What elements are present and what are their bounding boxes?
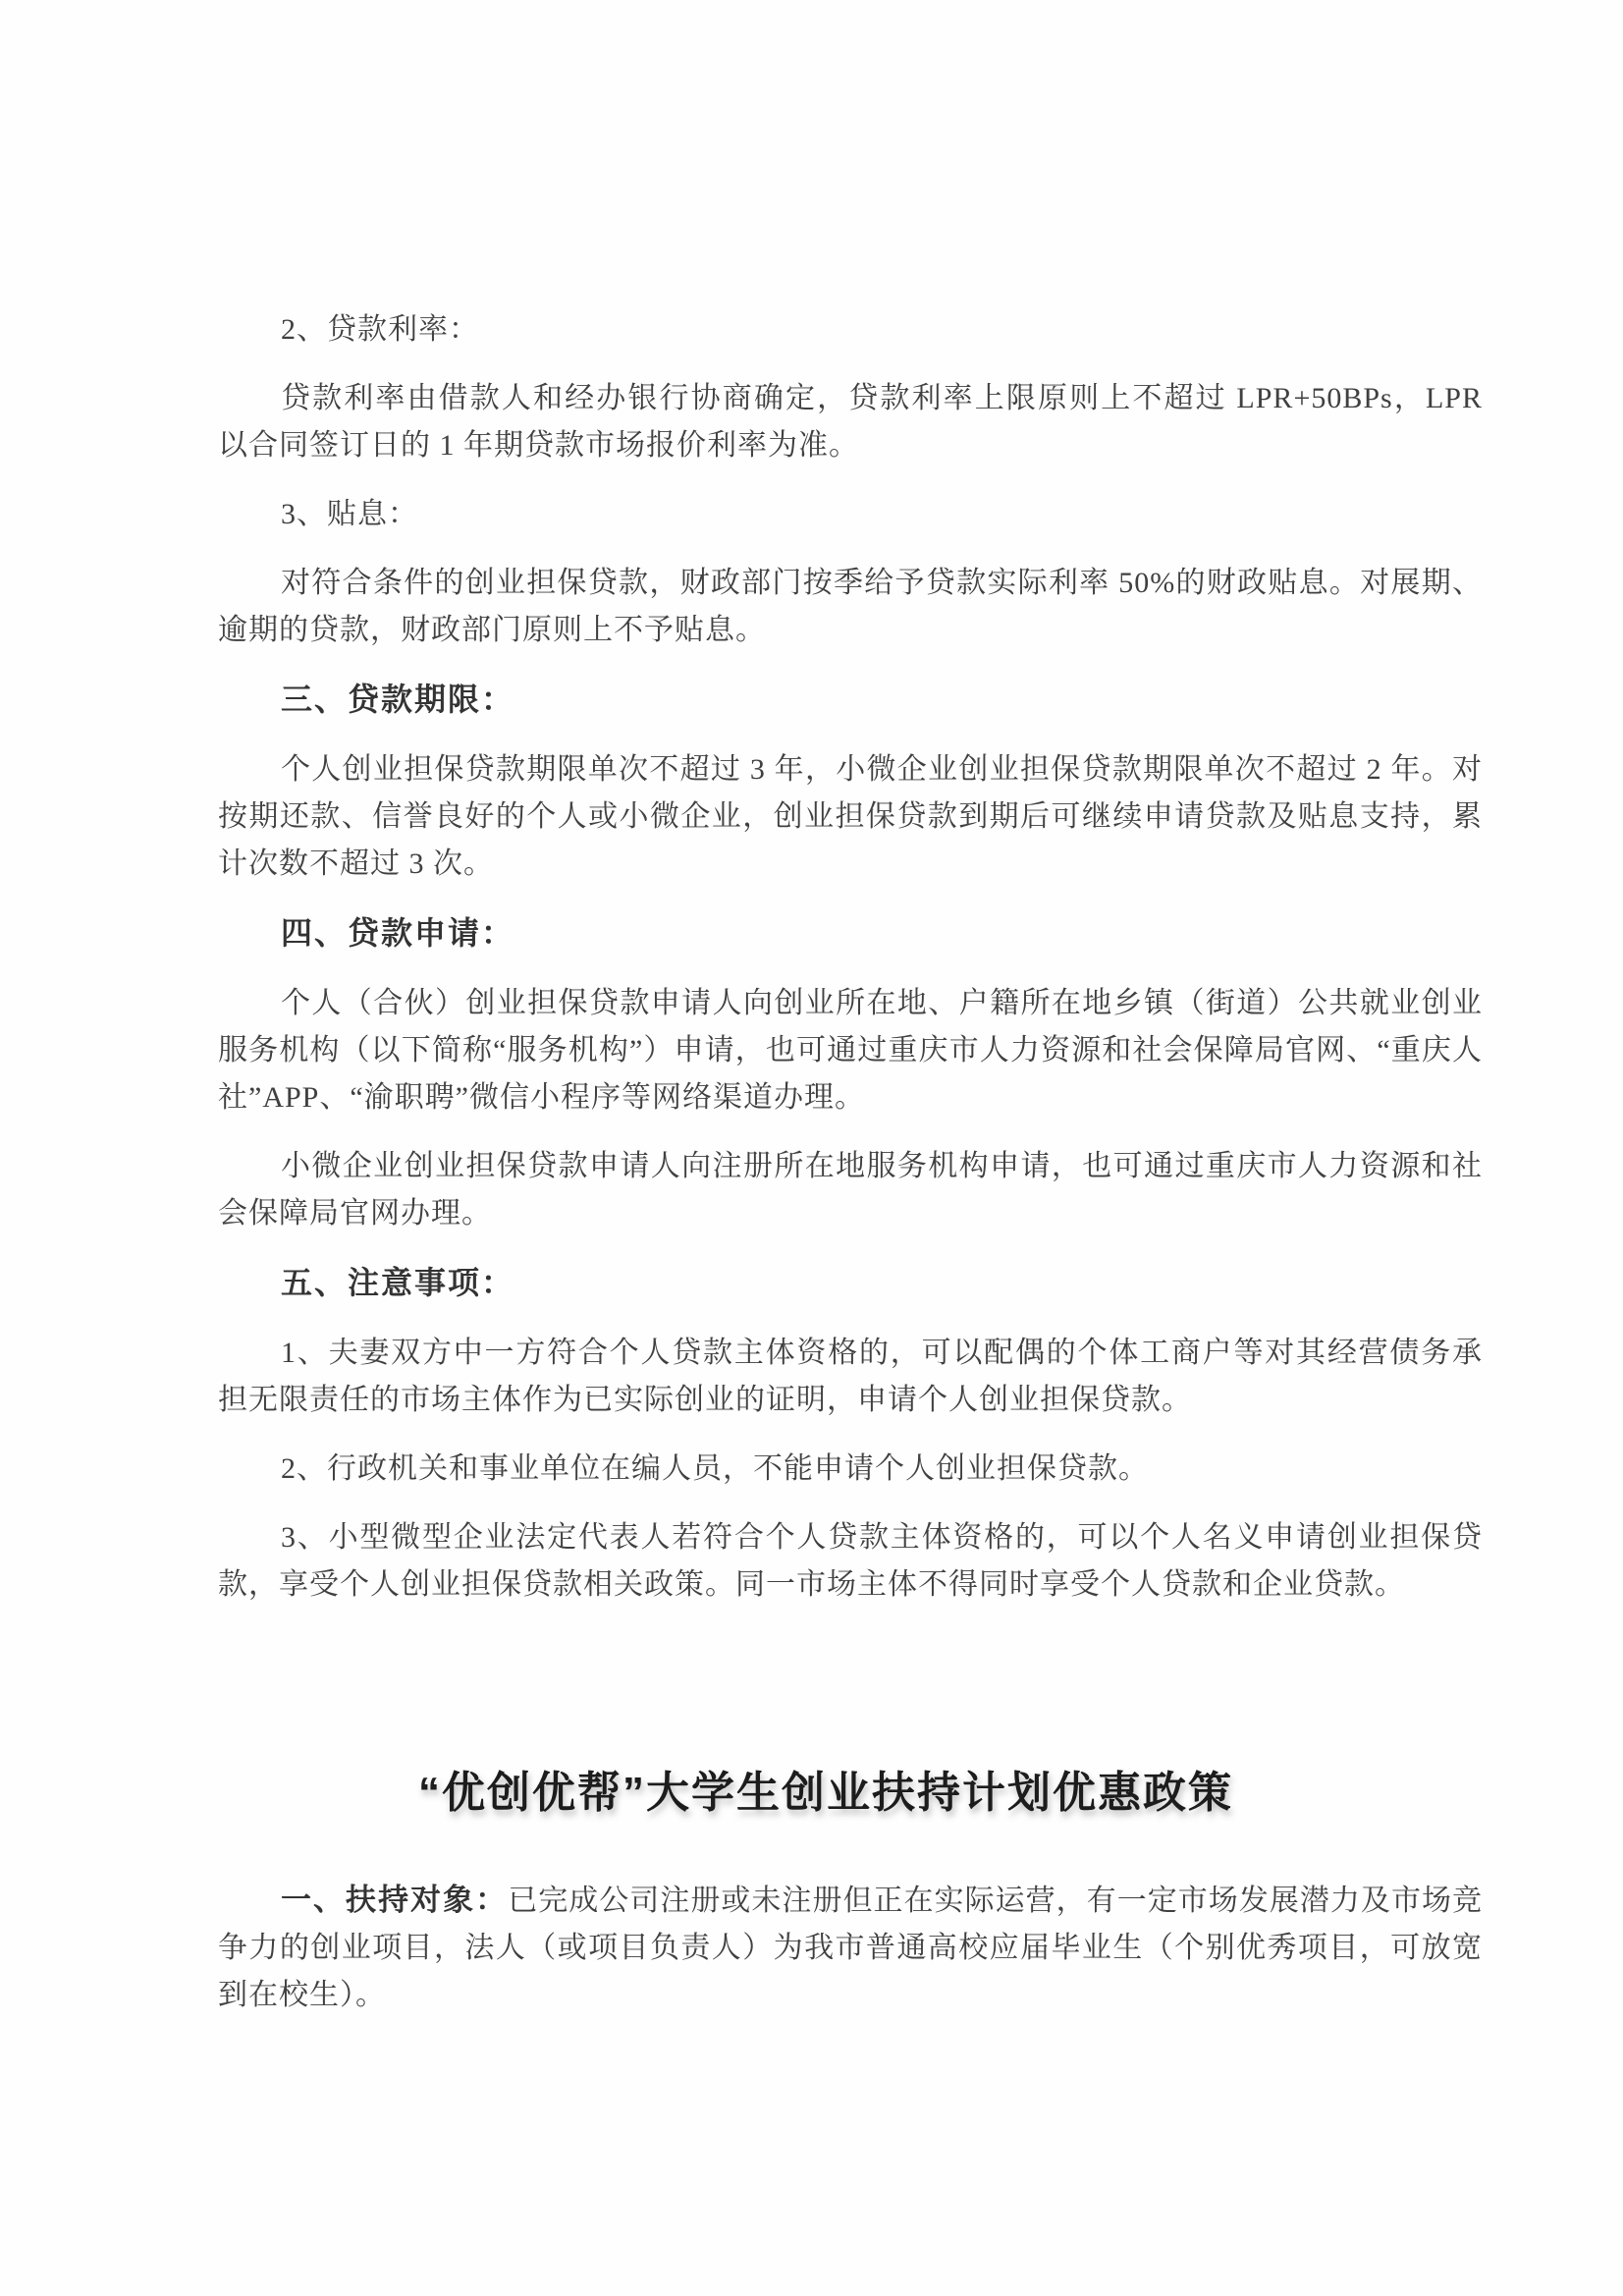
support-target-label: 一、扶持对象： [281, 1883, 508, 1917]
paragraph-interest-subsidy: 对符合条件的创业担保贷款，财政部门按季给予贷款实际利率 50%的财政贴息。对展期… [218, 560, 1483, 654]
paragraph-note-2: 2、行政机关和事业单位在编人员，不能申请个人创业担保贷款。 [218, 1446, 1483, 1493]
paragraph-note-3: 3、小型微型企业法定代表人若符合个人贷款主体资格的，可以个人名义申请创业担保贷款… [218, 1514, 1483, 1609]
document-title: “优创优帮”大学生创业扶持计划优惠政策 [193, 1764, 1458, 1823]
scanned-document-page: 2、贷款利率： 贷款利率由借款人和经办银行协商确定，贷款利率上限原则上不超过 L… [0, 0, 1623, 2296]
paragraph-loan-rate: 贷款利率由借款人和经办银行协商确定，贷款利率上限原则上不超过 LPR+50BPs… [218, 375, 1483, 469]
paragraph-loan-term: 个人创业担保贷款期限单次不超过 3 年，小微企业创业担保贷款期限单次不超过 2 … [218, 746, 1483, 888]
section-heading-notes: 五、注意事项： [218, 1259, 1483, 1306]
section-heading-loan-application: 四、贷款申请： [218, 909, 1483, 957]
subitem-interest-subsidy-label: 3、贴息： [218, 491, 1483, 538]
paragraph-support-target: 一、扶持对象：已完成公司注册或未注册但正在实际运营，有一定市场发展潜力及市场竞争… [218, 1877, 1483, 2019]
paragraph-enterprise-application: 小微企业创业担保贷款申请人向注册所在地服务机构申请，也可通过重庆市人力资源和社会… [218, 1143, 1483, 1237]
subitem-loan-rate-label: 2、贷款利率： [218, 306, 1483, 354]
paragraph-individual-application: 个人（合伙）创业担保贷款申请人向创业所在地、户籍所在地乡镇（街道）公共就业创业服… [218, 980, 1483, 1121]
document-body: 2、贷款利率： 贷款利率由借款人和经办银行协商确定，贷款利率上限原则上不超过 L… [218, 306, 1483, 2041]
section-heading-loan-term: 三、贷款期限： [218, 676, 1483, 723]
paragraph-note-1: 1、夫妻双方中一方符合个人贷款主体资格的，可以配偶的个体工商户等对其经营债务承担… [218, 1330, 1483, 1424]
